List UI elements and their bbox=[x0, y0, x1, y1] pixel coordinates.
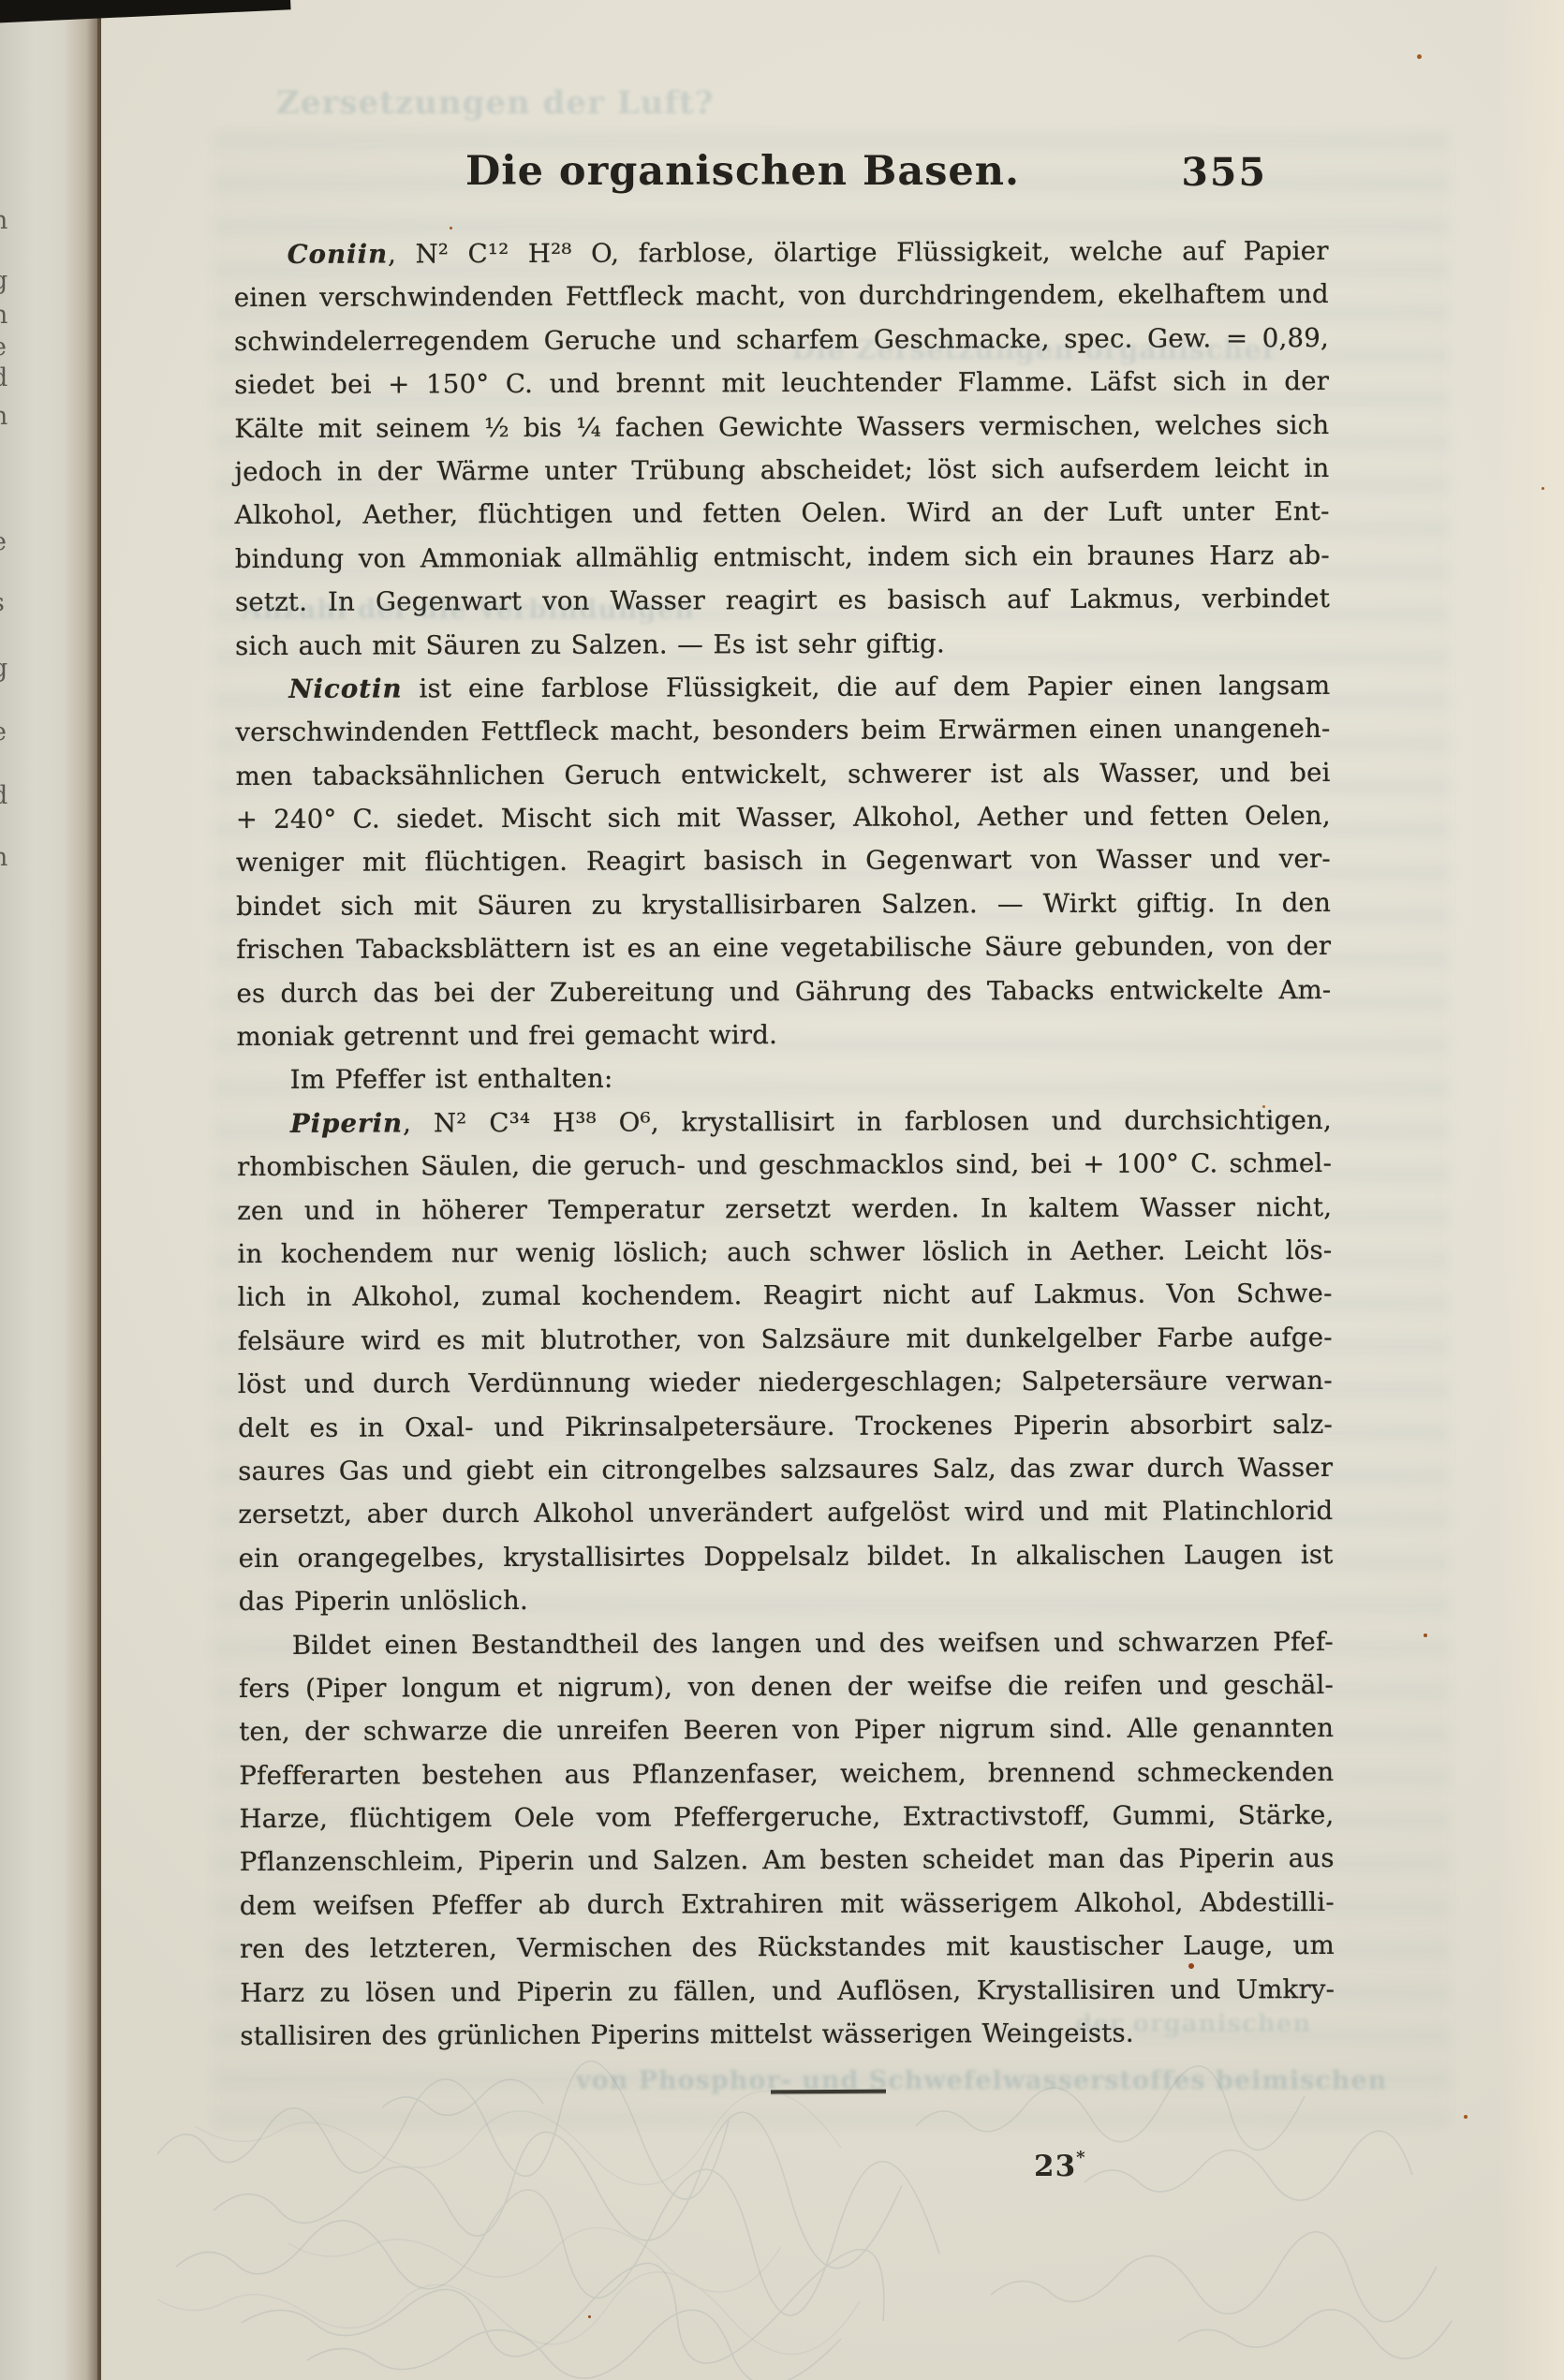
text-line: verschwindenden Fettfleck macht, besonde… bbox=[235, 707, 1330, 754]
bleedthrough-text: Anzahl der die Verbindungen bbox=[242, 594, 695, 625]
text-line: zersetzt, aber durch Alkohol unverändert… bbox=[238, 1489, 1333, 1536]
foxing-spot bbox=[1262, 1105, 1265, 1108]
facing-page-cutoff-letter: g bbox=[0, 268, 16, 293]
substance-name: Piperin bbox=[290, 1107, 403, 1138]
foxing-spot bbox=[302, 1772, 304, 1775]
book-scan: ,n,ghedn-esgedn Die organischen Basen. 3… bbox=[0, 0, 1564, 2380]
text-line: Im Pfeffer ist enthalten: bbox=[237, 1055, 1332, 1101]
foxing-spot bbox=[1464, 2115, 1468, 2119]
text-line: in kochendem nur wenig löslich; auch sch… bbox=[237, 1229, 1332, 1276]
text-line: sich auch mit Säuren zu Salzen. — Es ist… bbox=[235, 620, 1330, 667]
text-line: saures Gas und giebt ein citrongelbes sa… bbox=[238, 1446, 1333, 1493]
bleedthrough-text: Zersetzungen der Luft? bbox=[276, 84, 715, 122]
facing-page-edge: ,n,ghedn-esgedn bbox=[0, 0, 101, 2380]
line-text: , N² C³⁴ H³⁸ O⁶, krystallisirt in farblo… bbox=[403, 1104, 1332, 1138]
text-line: Harze, flüchtigem Oele vom Pfeffergeruch… bbox=[239, 1794, 1334, 1840]
page-number: 355 bbox=[1117, 150, 1267, 195]
running-header: Die organischen Basen. bbox=[434, 148, 1052, 195]
substance-name: Nicotin bbox=[288, 673, 402, 703]
foxing-spot bbox=[588, 2315, 591, 2318]
text-line: rhombischen Säulen, die geruch- und gesc… bbox=[237, 1142, 1332, 1189]
paragraph-nicotin: Nicotin ist eine farblose Flüssigkeit, d… bbox=[235, 664, 1331, 1059]
facing-page-cutoff-letter: n bbox=[0, 404, 16, 429]
substance-name: Coniin bbox=[288, 238, 389, 269]
paragraph-bildet: Bildet einen Bestandtheil des langen und… bbox=[239, 1619, 1335, 2058]
foxing-spot bbox=[1542, 487, 1544, 490]
foxing-spot bbox=[1424, 1633, 1427, 1637]
facing-page-cutoff-letter: , bbox=[0, 243, 16, 268]
text-line: Bildet einen Bestandtheil des langen und… bbox=[239, 1619, 1334, 1666]
facing-page-cutoff-letter: h bbox=[0, 303, 16, 328]
facing-page-cutoff-letter: g bbox=[0, 656, 16, 681]
foxing-spot bbox=[450, 227, 452, 229]
facing-page-cutoff-letter: d bbox=[0, 365, 16, 391]
signature-number: 23 bbox=[1034, 2150, 1076, 2183]
facing-page-cutoff-letter: e bbox=[0, 529, 16, 554]
text-line: Piperin, N² C³⁴ H³⁸ O⁶, krystallisirt in… bbox=[237, 1099, 1332, 1146]
text-line: frischen Tabacksblättern ist es an eine … bbox=[236, 924, 1331, 971]
bleedthrough-text: der organischen bbox=[1075, 2010, 1311, 2038]
text-line: Nicotin ist eine farblose Flüssigkeit, d… bbox=[235, 664, 1330, 711]
bleedthrough-text: Die Zersetzungen organischer bbox=[791, 333, 1277, 365]
text-line: ren des letzteren, Vermischen des Rückst… bbox=[240, 1924, 1335, 1971]
bleedthrough-text: von Phosphor- und Schwefelwasserstoffes … bbox=[576, 2066, 1387, 2095]
text-line: es durch das bei der Zubereitung und Gäh… bbox=[236, 968, 1331, 1015]
signature-mark: 23* bbox=[1034, 2148, 1086, 2183]
facing-page-cutoff-letter: n bbox=[0, 845, 16, 870]
facing-page-cutoff-letter: n bbox=[0, 208, 16, 233]
text-line: das Piperin unlöslich. bbox=[239, 1576, 1334, 1623]
paragraph-pfeffer-intro: Im Pfeffer ist enthalten: bbox=[237, 1055, 1332, 1101]
text-block: Coniin, N² C¹² H²⁸ O, farblose, ölartige… bbox=[234, 229, 1335, 2058]
text-line: weniger mit flüchtigen. Reagirt basisch … bbox=[236, 837, 1331, 884]
text-line: löst und durch Verdünnung wieder niederg… bbox=[238, 1359, 1333, 1406]
text-line: + 240° C. siedet. Mischt sich mit Wasser… bbox=[236, 794, 1331, 841]
foxing-spot bbox=[1188, 1963, 1194, 1969]
text-line: zen und in höherer Temperatur zersetzt w… bbox=[237, 1186, 1332, 1233]
text-line: Kälte mit seinem ½ bis ¼ fachen Gewichte… bbox=[234, 404, 1329, 451]
text-line: fers (Piper longum et nigrum), von denen… bbox=[239, 1663, 1334, 1710]
text-line: moniak getrennt und frei gemacht wird. bbox=[237, 1012, 1332, 1058]
signature-star: * bbox=[1076, 2148, 1085, 2167]
text-line: delt es in Oxal- und Pikrinsalpetersäure… bbox=[238, 1403, 1333, 1450]
line-text: , N² C¹² H²⁸ O, farblose, ölartige Flüss… bbox=[388, 235, 1329, 270]
text-line: Pfefferarten bestehen aus Pflanzenfaser,… bbox=[239, 1751, 1334, 1797]
facing-page-cutoff-letter: e bbox=[0, 719, 16, 745]
text-line: bindet sich mit Säuren zu krystallisirba… bbox=[236, 881, 1331, 928]
text-line: ein orangegelbes, krystallisirtes Doppel… bbox=[238, 1533, 1333, 1580]
facing-page-cutoff-letter: - bbox=[0, 473, 16, 498]
text-line: ten, der schwarze die unreifen Beeren vo… bbox=[239, 1707, 1334, 1753]
text-line: Pflanzenschleim, Piperin und Salzen. Am … bbox=[240, 1837, 1335, 1884]
facing-page-cutoff-letter: d bbox=[0, 783, 16, 808]
text-line: lich in Alkohol, zumal kochendem. Reagir… bbox=[237, 1272, 1332, 1319]
text-line: felsäure wird es mit blutrother, von Sal… bbox=[238, 1316, 1333, 1363]
text-line: jedoch in der Wärme unter Trübung absche… bbox=[234, 447, 1329, 494]
text-line: men tabacksähnlichen Geruch entwickelt, … bbox=[236, 751, 1331, 798]
text-line: Coniin, N² C¹² H²⁸ O, farblose, ölartige… bbox=[234, 229, 1329, 276]
text-line: bindung von Ammoniak allmählig entmischt… bbox=[235, 534, 1330, 581]
text-line: Harz zu lösen und Piperin zu fällen, und… bbox=[240, 1968, 1335, 2015]
line-text: ist eine farblose Flüssigkeit, die auf d… bbox=[402, 670, 1330, 703]
facing-page-cutoff-letter: , bbox=[0, 171, 16, 197]
text-line: Alkohol, Aether, flüchtigen und fetten O… bbox=[235, 490, 1330, 537]
text-line: siedet bei + 150° C. und brennt mit leuc… bbox=[234, 360, 1329, 407]
page-curve-highlight bbox=[1498, 0, 1564, 2380]
facing-page-cutoff-letter: s bbox=[0, 590, 16, 615]
text-line: einen verschwindenden Fettfleck macht, v… bbox=[234, 273, 1329, 319]
foxing-spot bbox=[1417, 54, 1422, 59]
facing-page-cutoff-letter: e bbox=[0, 334, 16, 360]
text-line: dem weifsen Pfeffer ab durch Extrahiren … bbox=[240, 1881, 1335, 1928]
paragraph-piperin: Piperin, N² C³⁴ H³⁸ O⁶, krystallisirt in… bbox=[237, 1099, 1334, 1624]
